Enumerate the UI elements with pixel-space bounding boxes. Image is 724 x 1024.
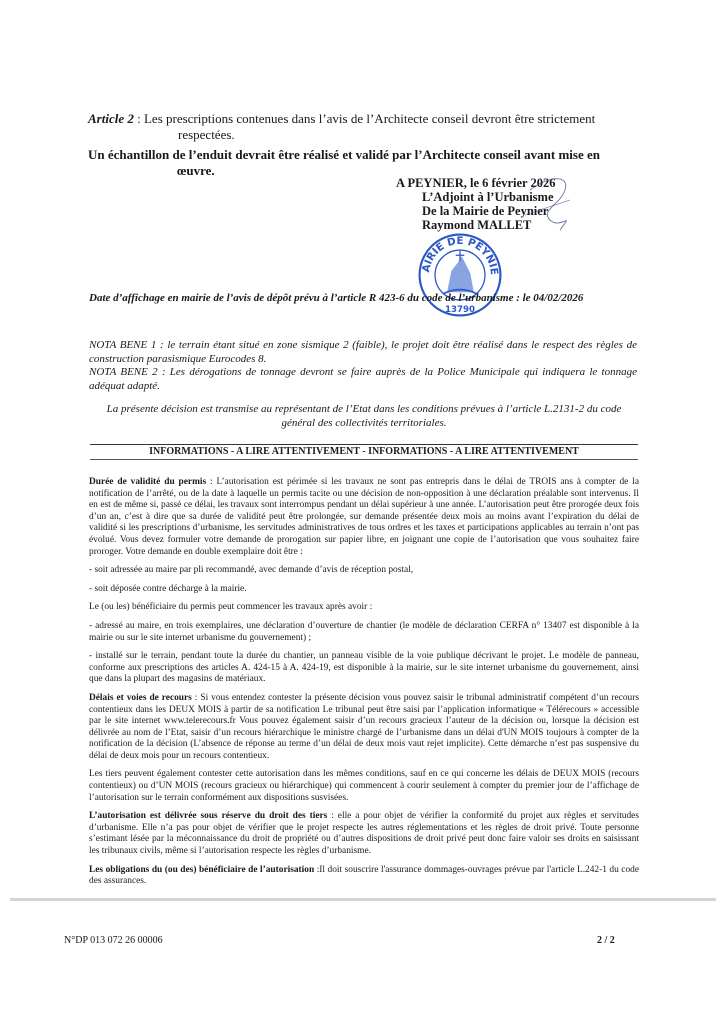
date-affichage: Date d’affichage en mairie de l’avis de … <box>89 292 583 304</box>
handwritten-signature-icon <box>520 170 580 240</box>
article-2-line: Article 2 : Les prescriptions contenues … <box>88 111 643 127</box>
page-number: 2 / 2 <box>597 935 615 946</box>
adresse-maire: - adressé au maire, en trois exemplaires… <box>89 621 639 644</box>
recours-title: Délais et voies de recours <box>89 693 192 703</box>
article-2: Article 2 : Les prescriptions contenues … <box>88 111 643 143</box>
reserve-paragraph: L’autorisation est délivrée sous réserve… <box>89 811 639 857</box>
article-2-colon: : <box>134 111 144 126</box>
soit-adressee: - soit adressée au maire par pli recomma… <box>89 565 639 577</box>
informations-header: INFORMATIONS - A LIRE ATTENTIVEMENT - IN… <box>90 444 638 460</box>
enduit-line-1: Un échantillon de l’enduit devrait être … <box>88 147 648 163</box>
transmission-notice: La présente décision est transmise au re… <box>89 403 639 430</box>
recours-text: : Si vous entendez contester la présente… <box>89 693 639 761</box>
mairie-stamp-icon: MAIRIE DE PEYNIER 13790 ★ <box>417 232 503 318</box>
validite-text: : L’autorisation est périmée si les trav… <box>89 477 639 557</box>
obligations-paragraph: Les obligations du (ou des) bénéficiaire… <box>89 865 639 888</box>
article-2-label: Article 2 <box>88 111 134 126</box>
informations-title: INFORMATIONS - A LIRE ATTENTIVEMENT - IN… <box>90 446 638 457</box>
nota-bene-1: NOTA BENE 1 : le terrain étant situé en … <box>89 339 637 366</box>
footer-separator <box>10 898 716 901</box>
validite-title: Durée de validité du permis <box>89 477 206 487</box>
validite-paragraph: Durée de validité du permis : L’autorisa… <box>89 477 639 558</box>
installe-panneau: - installé sur le terrain, pendant toute… <box>89 651 639 686</box>
article-2-continuation: respectées. <box>88 127 643 143</box>
beneficiaire-intro: Le (ou les) bénéficiaire du permis peut … <box>89 602 639 614</box>
article-2-text: Les prescriptions contenues dans l’avis … <box>144 111 595 126</box>
recours-paragraph: Délais et voies de recours : Si vous ent… <box>89 693 639 763</box>
obligations-title: Les obligations du (ou des) bénéficiaire… <box>89 865 314 875</box>
soit-deposee: - soit déposée contre décharge à la mair… <box>89 584 639 596</box>
informations-body: Durée de validité du permis : L’autorisa… <box>89 477 639 895</box>
nota-bene-2: NOTA BENE 2 : Les dérogations de tonnage… <box>89 366 637 393</box>
svg-text:13790: 13790 <box>445 305 475 315</box>
reserve-title: L’autorisation est délivrée sous réserve… <box>89 811 327 821</box>
tiers-paragraph: Les tiers peuvent également contester ce… <box>89 769 639 804</box>
nota-bene: NOTA BENE 1 : le terrain étant situé en … <box>89 339 637 393</box>
dossier-reference: N°DP 013 072 26 00006 <box>64 935 163 946</box>
